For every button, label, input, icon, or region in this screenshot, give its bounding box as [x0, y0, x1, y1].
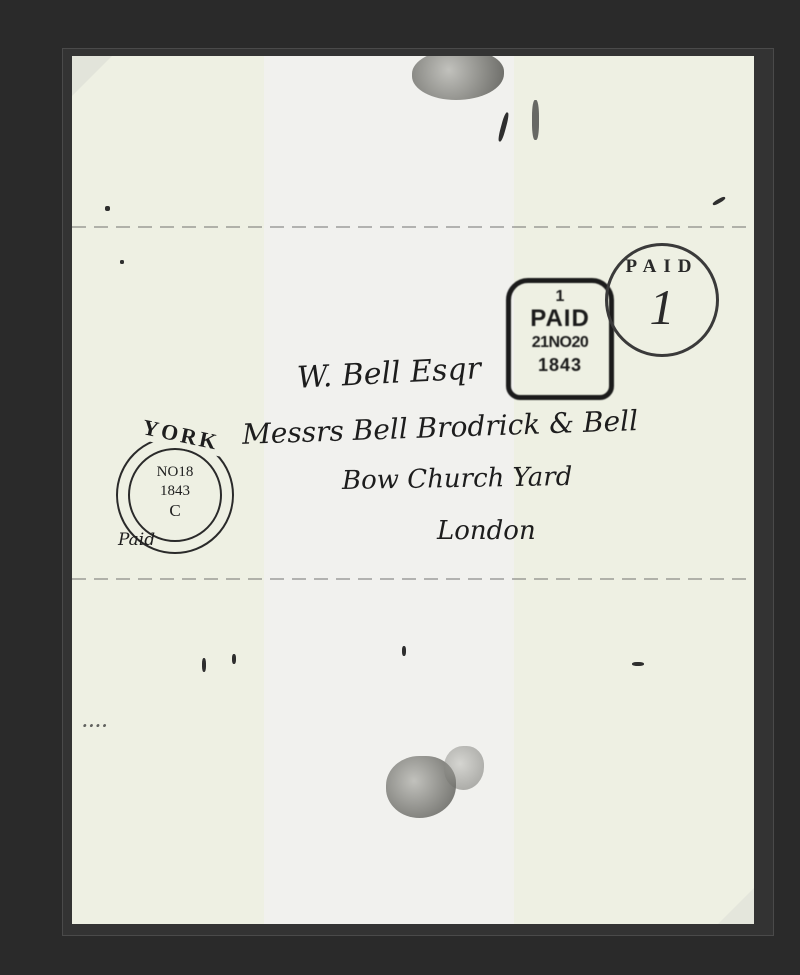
- postmark-date: 21NO20: [511, 335, 609, 351]
- paid-circle-handstamp: PAID 1: [605, 243, 719, 357]
- datestamp-year: 1843: [118, 483, 232, 500]
- ink-speck: [712, 196, 726, 206]
- datestamp-code: C: [118, 501, 232, 521]
- ink-speck: [202, 658, 206, 672]
- fold-line-bottom: [72, 578, 754, 580]
- photo-corner-bottom-right: [718, 888, 754, 924]
- postmark-rate: 1: [511, 289, 609, 305]
- flap-marking: ....: [82, 712, 108, 731]
- postmark-paid: PAID: [511, 307, 609, 331]
- fold-line-top: [72, 226, 754, 228]
- letter-sheet: 1 PAID 21NO20 1843 PAID 1 YORK NO18 1843…: [72, 56, 754, 924]
- manuscript-paid-note: Paid: [118, 530, 155, 550]
- ink-speck: [232, 654, 236, 664]
- ink-speck: [105, 206, 110, 211]
- handstamp-paid-text: PAID: [608, 256, 716, 278]
- address-street: Bow Church Yard: [342, 462, 573, 496]
- ink-speck: [120, 260, 124, 264]
- paid-boxed-postmark: 1 PAID 21NO20 1843: [506, 278, 614, 400]
- ink-speck: [402, 646, 406, 656]
- ink-speck: [632, 662, 644, 666]
- ink-smudge: [532, 100, 539, 140]
- address-city: London: [437, 516, 536, 546]
- photo-corner-top-left: [72, 56, 112, 96]
- handstamp-rate: 1: [608, 278, 716, 336]
- datestamp-date: NO18: [118, 464, 232, 481]
- postmark-year: 1843: [511, 356, 609, 374]
